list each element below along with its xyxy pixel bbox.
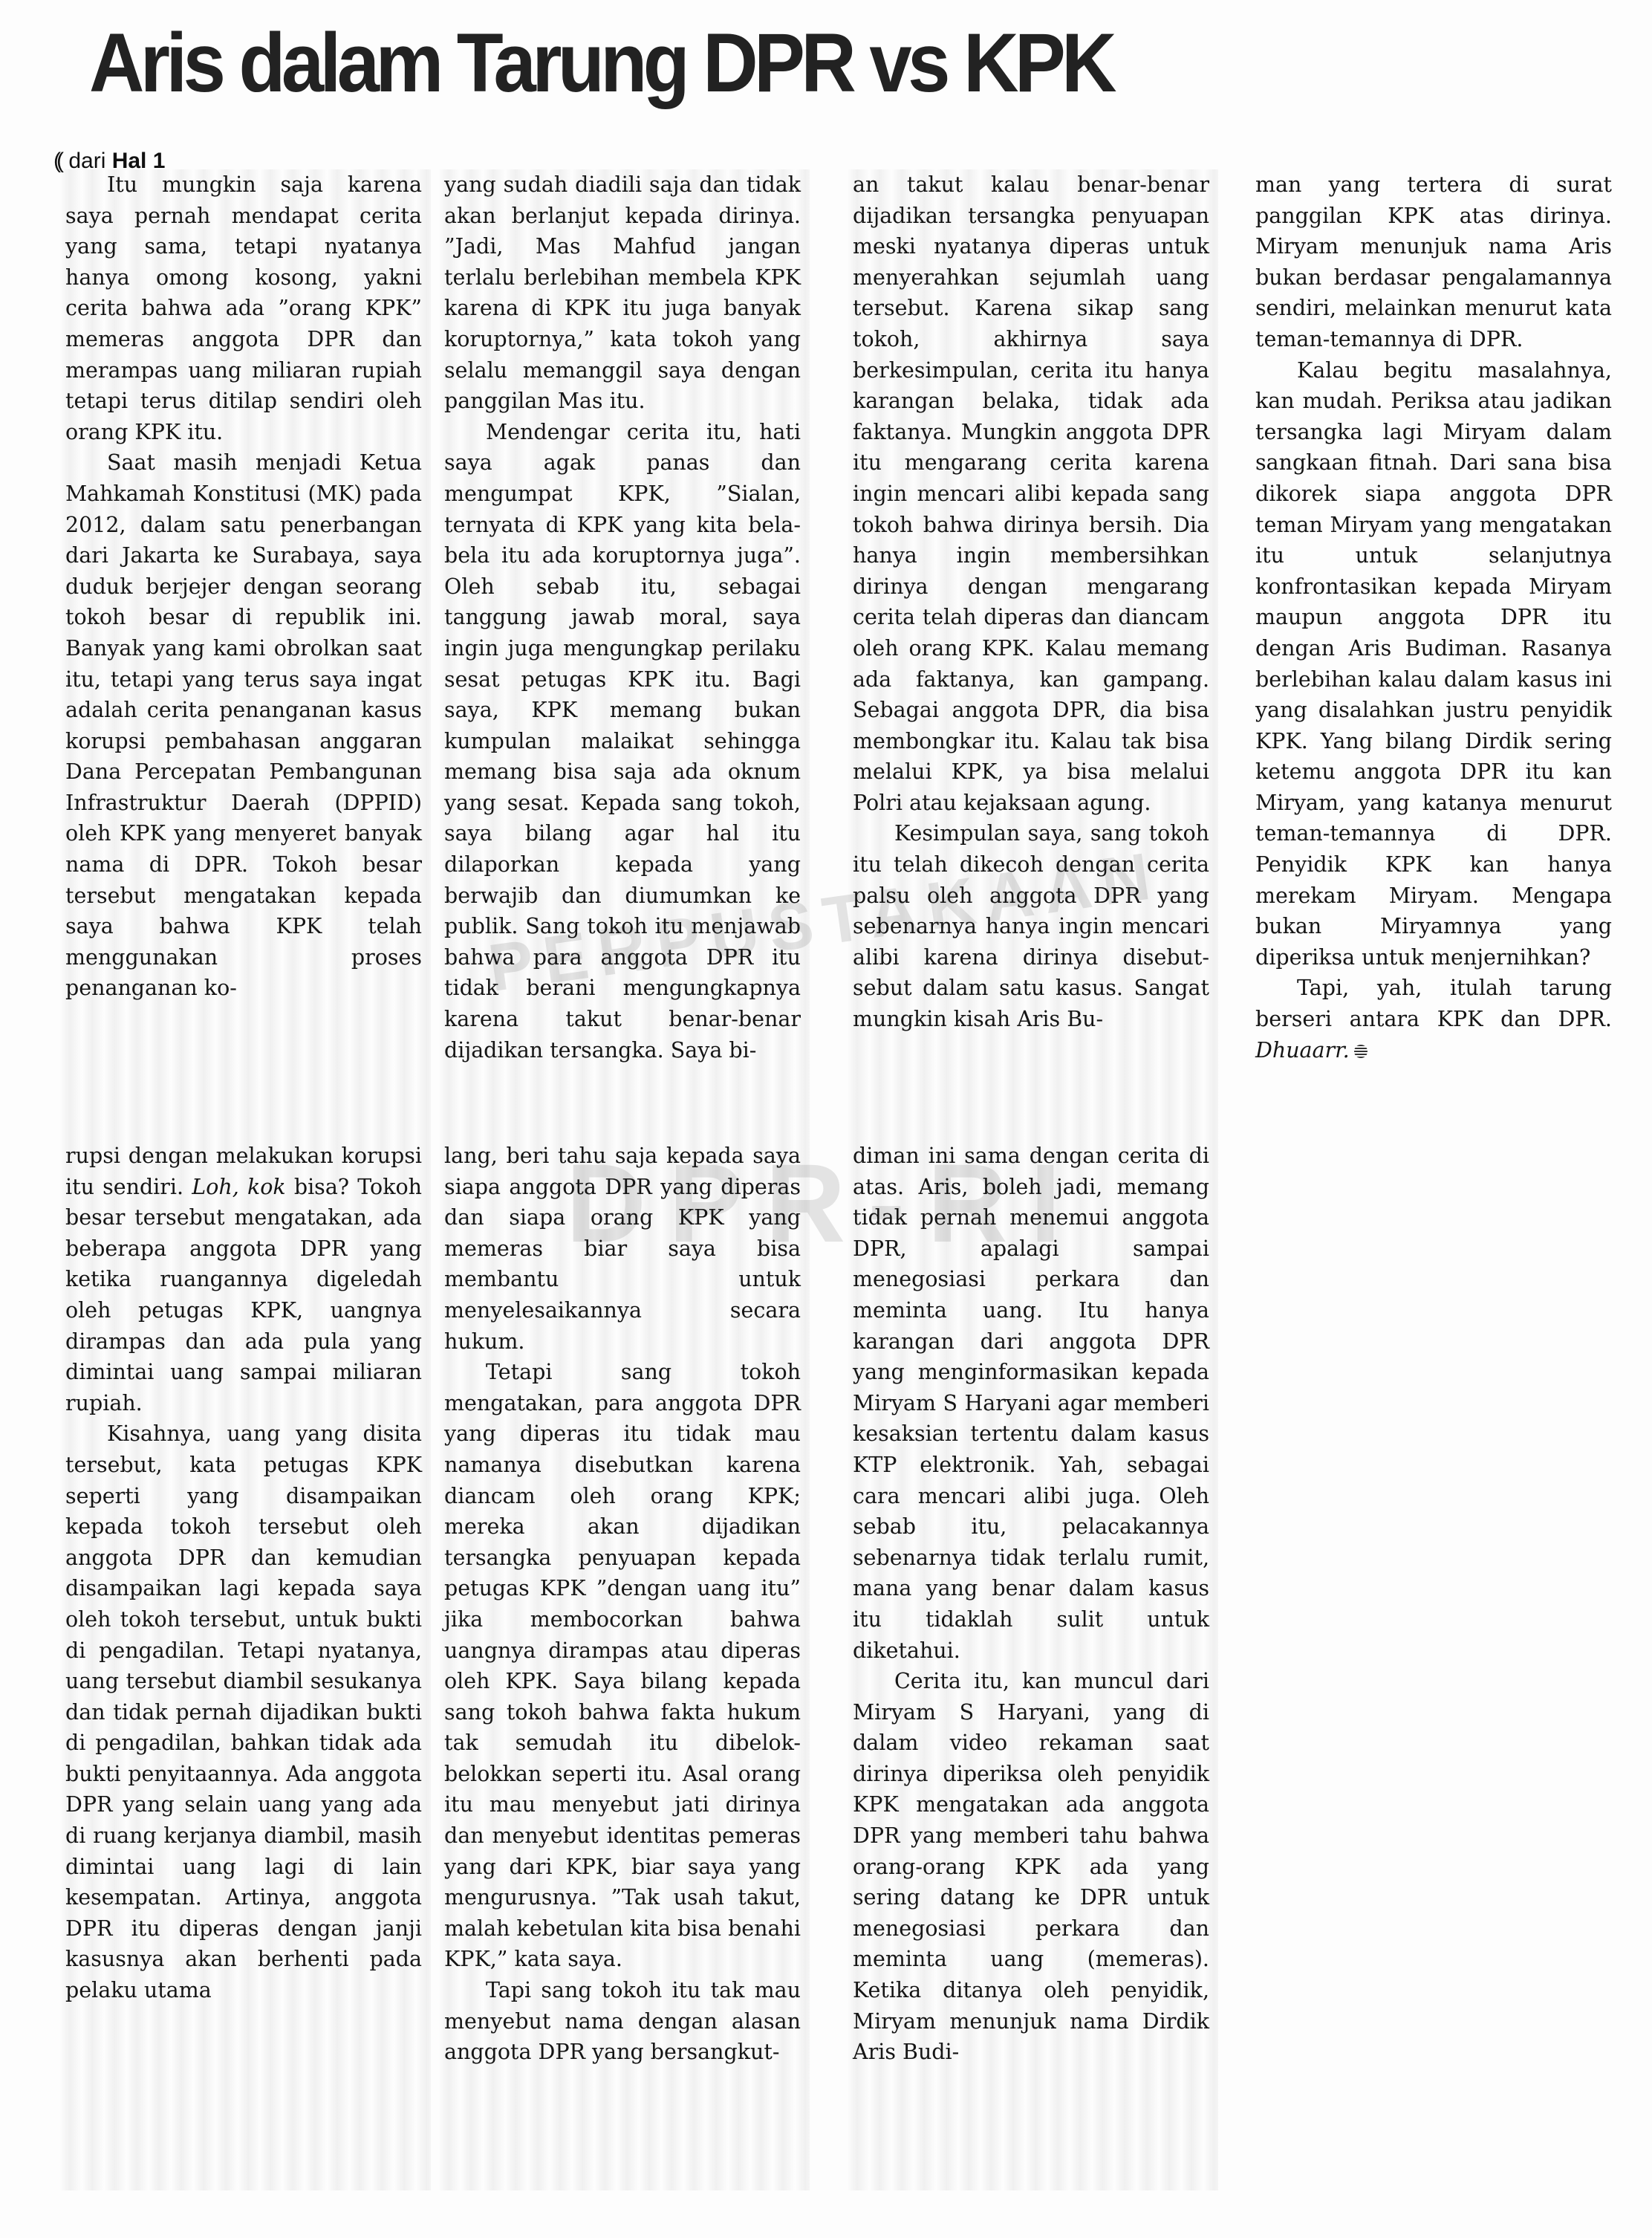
paragraph: Tapi sang tokoh itu tak mau menyebut nam… [444, 1975, 801, 2068]
paragraph: Kalau begitu masalahnya, kan mudah. Peri… [1255, 355, 1612, 973]
column-4: man yang tertera di surat panggilan KPK … [1255, 169, 1612, 1066]
italic-exclamation: Loh, kok [192, 1175, 285, 1199]
halftone-dot-end-icon [1354, 1045, 1368, 1058]
continuation-marks-icon: (( [53, 149, 59, 173]
column-3-top: an takut kalau benar-benar dijadikan ter… [853, 169, 1209, 1035]
paragraph: man yang tertera di surat panggilan KPK … [1255, 169, 1612, 355]
article-headline: Aris dalam Tarung DPR vs KPK [89, 15, 1113, 111]
column-3-bottom: diman ini sama dengan cerita di atas. Ar… [853, 1141, 1209, 2068]
text-run: bisa? Tokoh besar tersebut mengatakan, a… [65, 1175, 422, 1415]
paragraph: Kisahnya, uang yang disita tersebut, kat… [65, 1418, 422, 2005]
paragraph: Itu mungkin saja karena saya pernah mend… [65, 169, 422, 447]
paragraph: rupsi dengan melakukan korupsi itu sendi… [65, 1141, 422, 1418]
paragraph: Kesimpulan saya, sang tokoh itu telah di… [853, 818, 1209, 1034]
closing-paragraph: Tapi, yah, itulah tarung berseri antara … [1255, 973, 1612, 1066]
paragraph: Tetapi sang tokoh mengatakan, para anggo… [444, 1357, 801, 1975]
column-1-bottom: rupsi dengan melakukan korupsi itu sendi… [65, 1141, 422, 2006]
paragraph: Saat masih menjadi Ketua Mahkamah Konsti… [65, 447, 422, 1004]
column-2-bottom: lang, beri tahu saja kepada saya siapa a… [444, 1141, 801, 2068]
paragraph: yang sudah diadili saja dan tidak akan b… [444, 169, 801, 417]
column-2-top: yang sudah diadili saja dan tidak akan b… [444, 169, 801, 1066]
paragraph: lang, beri tahu saja kepada saya siapa a… [444, 1141, 801, 1357]
paragraph: Mendengar cerita itu, hati saya agak pan… [444, 417, 801, 1066]
author-signoff: Dhuaarr. [1255, 1038, 1350, 1063]
paragraph: an takut kalau benar-benar dijadikan ter… [853, 169, 1209, 818]
paragraph: Cerita itu, kan muncul dari Miryam S Har… [853, 1666, 1209, 2068]
newspaper-page: Aris dalam Tarung DPR vs KPK (( dari Hal… [0, 0, 1652, 2238]
text-run: Tapi, yah, itulah tarung berseri antara … [1255, 976, 1612, 1031]
paragraph: diman ini sama dengan cerita di atas. Ar… [853, 1141, 1209, 1666]
column-1-top: Itu mungkin saja karena saya pernah mend… [65, 169, 422, 1004]
